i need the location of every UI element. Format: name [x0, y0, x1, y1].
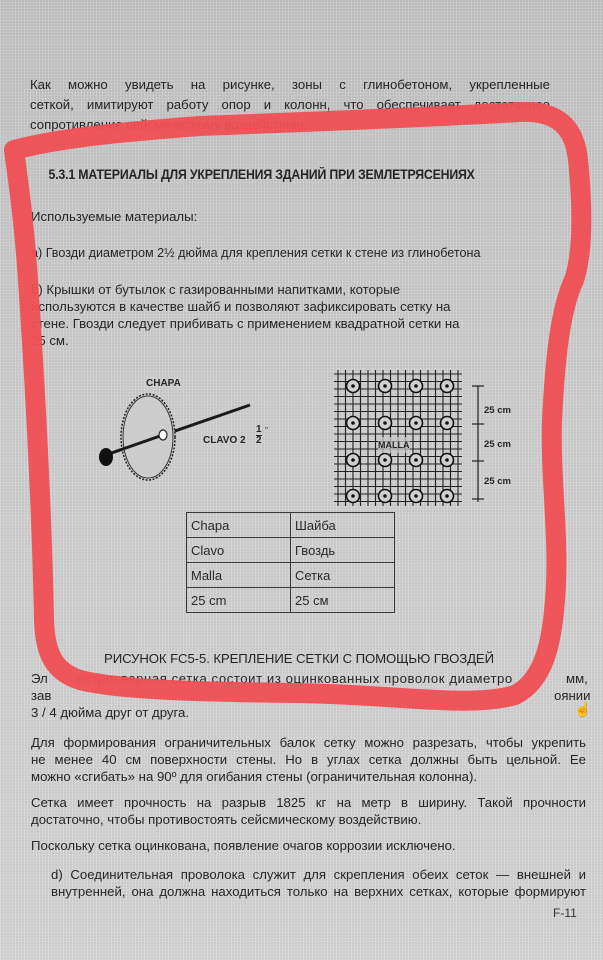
- red-marker-annotation: [0, 0, 603, 960]
- document-page: Как можно увидеть на рисунке, зоны с гли…: [0, 0, 603, 960]
